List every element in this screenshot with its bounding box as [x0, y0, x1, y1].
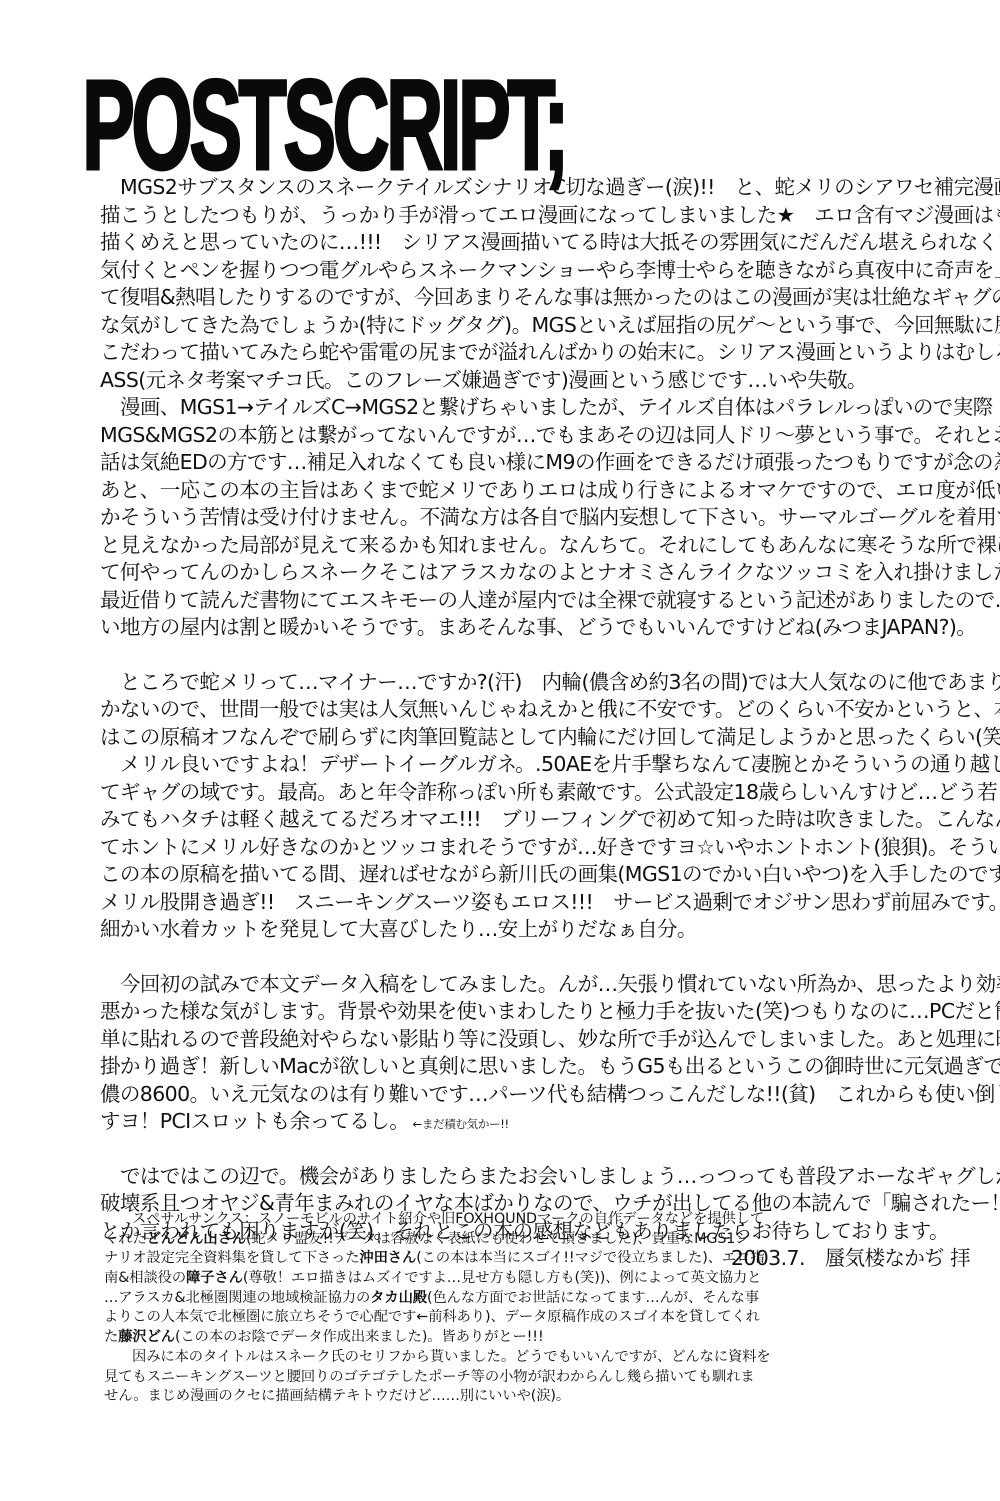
postscript-body: MGS2サブスタンスのスネークテイルズシナリオC切な過ぎー(涙)!! と、蛇メリ… — [100, 174, 980, 1273]
thanks-line: スペサルサンクス：スノーモビルのサイト紹介や旧FOXHOUNDマークの自作データ… — [104, 1210, 884, 1230]
line-text: 儂の8600。いえ元気なのは有り難いです…パーツ代も結構つっこんだしな!!(貧)… — [100, 1082, 1000, 1106]
line-text: 南&相談役の — [104, 1270, 186, 1286]
line-text: みてもハタチは軽く越えてるだろオマエ!!! ブリーフィングで初めて知った時は吹き… — [100, 807, 1000, 831]
line-text: (蛇メリ盟友!!データは容赦なく表紙にも使わせて頂きました)、貴重なMGS1シ — [246, 1231, 750, 1247]
text-line: な気がしてきた為でしょうか(特にドッグタグ)。MGSといえば屈指の尻ゲ～という事… — [100, 312, 980, 340]
line-text: (尊敬！エロ描きはムズイですよ…見せ方も隠し方も(笑))、例によって英文協力と — [243, 1270, 762, 1286]
line-text: あと、一応この本の主旨はあくまで蛇メリでありエロは成り行きによるオマケですので、… — [100, 478, 1000, 502]
line-text: かないので、世間一般では実は人気無いんじゃねえかと俄に不安です。どのくらい不安か… — [100, 697, 1000, 721]
text-line: て何やってんのかしらスネークそこはアラスカなのよとナオミさんライクなツッコミを入… — [100, 559, 980, 587]
thanks-line: せん。まじめ漫画のクセに描画結構テキトウだけど……別にいいや(涙)。 — [104, 1387, 884, 1407]
line-text: 描こうとしたつもりが、うっかり手が滑ってエロ漫画になってしまいました★ エロ含有… — [100, 203, 1000, 227]
thanks-line: 南&相談役の障子さん(尊敬！エロ描きはムズイですよ…見せ方も隠し方も(笑))、例… — [104, 1269, 884, 1289]
text-line: メリル良いですよね！デザートイーグルガネ。.50AEを片手撃ちなんて凄腕とかそう… — [100, 751, 980, 779]
paragraph: MGS2サブスタンスのスネークテイルズシナリオC切な過ぎー(涙)!! と、蛇メリ… — [100, 174, 980, 394]
thanked-name: 沖田さん — [359, 1250, 416, 1266]
thanked-name: 障子さん — [186, 1270, 243, 1286]
line-text: た — [104, 1329, 118, 1345]
text-line: 最近借りて読んだ書物にてエスキモーの人達が屋内では全裸で就寝するという記述があり… — [100, 587, 980, 615]
paragraph: ところで蛇メリって…マイナー…ですか?(汗) 内輪(儂含め約3名の間)では大人気… — [100, 669, 980, 752]
text-line: はこの原稿オフなんぞで刷らずに肉筆回覧誌として内輪にだけ回して満足しようかと思っ… — [100, 724, 980, 752]
text-line: 儂の8600。いえ元気なのは有り難いです…パーツ代も結構つっこんだしな!!(貧)… — [100, 1081, 980, 1109]
text-line: MGS2サブスタンスのスネークテイルズシナリオC切な過ぎー(涙)!! と、蛇メリ… — [100, 174, 980, 202]
line-text: ASS(元ネタ考案マチコ氏。このフレーズ嫌過ぎです)漫画という感じです…いや失敬… — [100, 368, 867, 392]
text-line: メリル股開き過ぎ!! スニーキングスーツ姿もエロス!!! サービス過剰でオジサン… — [100, 889, 980, 917]
line-text: くれた — [104, 1231, 147, 1247]
thanked-name: 藤沢どん — [118, 1329, 175, 1345]
text-line: 描くめえと思っていたのに…!!! シリアス漫画描いてる時は大抵その雰囲気にだんだ… — [100, 229, 980, 257]
text-line: すヨ！PCIスロットも余ってるし。 ←まだ積む気かー!! — [100, 1108, 980, 1136]
line-text: 見てもスニーキングスーツと腰回りのゴテゴテしたポーチ等の小物が訳わからんし幾ら描… — [104, 1369, 755, 1385]
paragraph: 今回初の試みで本文データ入稿をしてみました。んが…矢張り慣れていない所為か、思っ… — [100, 971, 980, 1136]
thanked-name: どんどん山さん — [147, 1231, 246, 1247]
text-line: この本の原稿を描いてる間、遅ればせながら新川氏の画集(MGS1のでかい白いやつ)… — [100, 861, 980, 889]
line-text: 最近借りて読んだ書物にてエスキモーの人達が屋内では全裸で就寝するという記述があり… — [100, 588, 1000, 612]
line-text: メリル股開き過ぎ!! スニーキングスーツ姿もエロス!!! サービス過剰でオジサン… — [100, 890, 1000, 914]
text-line: MGS&MGS2の本筋とは繋がってないんですが…でもまあその辺は同人ドリ～夢とい… — [100, 422, 980, 450]
thanks-line: くれたどんどん山さん(蛇メリ盟友!!データは容赦なく表紙にも使わせて頂きました)… — [104, 1230, 884, 1250]
text-line: こだわって描いてみたら蛇や雷電の尻までが溢れんばかりの始末に。シリアス漫画という… — [100, 339, 980, 367]
text-line: かないので、世間一般では実は人気無いんじゃねえかと俄に不安です。どのくらい不安か… — [100, 696, 980, 724]
thanks-line: 因みに本のタイトルはスネーク氏のセリフから貰いました。どうでもいいんですが、どん… — [104, 1348, 884, 1368]
line-text: な気がしてきた為でしょうか(特にドッグタグ)。MGSといえば屈指の尻ゲ～という事… — [100, 313, 1000, 337]
special-thanks: スペサルサンクス：スノーモビルのサイト紹介や旧FOXHOUNDマークの自作データ… — [104, 1210, 884, 1407]
line-text: 今回初の試みで本文データ入稿をしてみました。んが…矢張り慣れていない所為か、思っ… — [120, 972, 1000, 996]
thanked-name: タカ山殿 — [370, 1290, 427, 1306]
thanks-line: よりこの人本気で北極圏に旅立ちそうで心配です←前科あり)、データ原稿作成のスゴイ… — [104, 1308, 884, 1328]
paragraph: メリル良いですよね！デザートイーグルガネ。.50AEを片手撃ちなんて凄腕とかそう… — [100, 751, 980, 944]
line-text: 細かい水着カットを発見して大喜びしたり…安上がりだなぁ自分。 — [100, 917, 697, 941]
thanks-line: …アラスカ&北極圏関連の地域検証協力のタカ山殿(色んな方面でお世話になってます…… — [104, 1289, 884, 1309]
text-line: ASS(元ネタ考案マチコ氏。このフレーズ嫌過ぎです)漫画という感じです…いや失敬… — [100, 367, 980, 395]
line-text: スペサルサンクス：スノーモビルのサイト紹介や旧FOXHOUNDマークの自作データ… — [132, 1211, 764, 1227]
line-text: 因みに本のタイトルはスネーク氏のセリフから貰いました。どうでもいいんですが、どん… — [132, 1349, 771, 1365]
text-line: てホントにメリル好きなのかとツッコまれそうですが…好きですヨ☆いやホントホント(… — [100, 834, 980, 862]
line-text: …アラスカ&北極圏関連の地域検証協力の — [104, 1290, 370, 1306]
text-line: ところで蛇メリって…マイナー…ですか?(汗) 内輪(儂含め約3名の間)では大人気… — [100, 669, 980, 697]
line-text: よりこの人本気で北極圏に旅立ちそうで心配です←前科あり)、データ原稿作成のスゴイ… — [104, 1309, 760, 1325]
text-line: 細かい水着カットを発見して大喜びしたり…安上がりだなぁ自分。 — [100, 916, 980, 944]
line-text: はこの原稿オフなんぞで刷らずに肉筆回覧誌として内輪にだけ回して満足しようかと思っ… — [100, 725, 1000, 749]
line-text: て復唱&熱唱したりするのですが、今回あまりそんな事は無かったのはこの漫画が実は壮… — [100, 285, 1000, 309]
line-text: 悪かった様な気がします。背景や効果を使いまわしたりと極力手を抜いた(笑)つもりな… — [100, 999, 1000, 1023]
text-line: ではではこの辺で。機会がありましたらまたお会いしましょう…っつっても普段アホーな… — [100, 1163, 980, 1191]
text-line: 描こうとしたつもりが、うっかり手が滑ってエロ漫画になってしまいました★ エロ含有… — [100, 202, 980, 230]
line-text: 気付くとペンを握りつつ電グルやらスネークマンショーやら李博士やらを聴きながら真夜… — [100, 258, 1000, 282]
text-line: みてもハタチは軽く越えてるだろオマエ!!! ブリーフィングで初めて知った時は吹き… — [100, 806, 980, 834]
text-line: 掛かり過ぎ！新しいMacが欲しいと真剣に思いました。もうG5も出るというこの御時… — [100, 1053, 980, 1081]
text-line: い地方の屋内は割と暖かいそうです。まあそんな事、どうでもいいんですけどね(みつま… — [100, 614, 980, 642]
line-text: 漫画、MGS1→テイルズC→MGS2と繋げちゃいましたが、テイルズ自体はパラレル… — [120, 395, 993, 419]
line-text: かそういう苦情は受け付けません。不満な方は各自で脳内妄想して下さい。サーマルゴー… — [100, 505, 1000, 529]
line-text: てギャグの域です。最高。あと年令詐称っぽい所も素敵です。公式設定18歳らしいんす… — [100, 780, 1000, 804]
text-line: 単に貼れるので普段絶対やらない影貼り等に没頭し、妙な所で手が込んでしまいました。… — [100, 1026, 980, 1054]
line-text: て何やってんのかしらスネークそこはアラスカなのよとナオミさんライクなツッコミを入… — [100, 560, 1000, 584]
text-line: 漫画、MGS1→テイルズC→MGS2と繋げちゃいましたが、テイルズ自体はパラレル… — [100, 394, 980, 422]
thanks-line: ナリオ設定完全資料集を貸して下さった沖田さん(この本は本当にスゴイ!!マジで役立… — [104, 1249, 884, 1269]
text-line: 悪かった様な気がします。背景や効果を使いまわしたりと極力手を抜いた(笑)つもりな… — [100, 998, 980, 1026]
line-text: すヨ！PCIスロットも余ってるし。 — [100, 1109, 409, 1133]
line-text: 描くめえと思っていたのに…!!! シリアス漫画描いてる時は大抵その雰囲気にだんだ… — [100, 230, 1000, 254]
line-text: メリル良いですよね！デザートイーグルガネ。.50AEを片手撃ちなんて凄腕とかそう… — [120, 752, 1000, 776]
line-text: い地方の屋内は割と暖かいそうです。まあそんな事、どうでもいいんですけどね(みつま… — [100, 615, 976, 639]
line-text: 掛かり過ぎ！新しいMacが欲しいと真剣に思いました。もうG5も出るというこの御時… — [100, 1054, 1000, 1078]
line-text: MGS2サブスタンスのスネークテイルズシナリオC切な過ぎー(涙)!! と、蛇メリ… — [120, 175, 1000, 199]
page-title: POSTSCRIPT; — [82, 76, 566, 176]
text-line: 気付くとペンを握りつつ電グルやらスネークマンショーやら李博士やらを聴きながら真夜… — [100, 257, 980, 285]
text-line: て復唱&熱唱したりするのですが、今回あまりそんな事は無かったのはこの漫画が実は壮… — [100, 284, 980, 312]
text-line: あと、一応この本の主旨はあくまで蛇メリでありエロは成り行きによるオマケですので、… — [100, 477, 980, 505]
line-text: 話は気絶EDの方です…補足入れなくても良い様にM9の作画をできるだけ頑張ったつも… — [100, 450, 1000, 474]
thanks-line: 見てもスニーキングスーツと腰回りのゴテゴテしたポーチ等の小物が訳わからんし幾ら描… — [104, 1368, 884, 1388]
text-line: てギャグの域です。最高。あと年令詐称っぽい所も素敵です。公式設定18歳らしいんす… — [100, 779, 980, 807]
text-line: 話は気絶EDの方です…補足入れなくても良い様にM9の作画をできるだけ頑張ったつも… — [100, 449, 980, 477]
line-text: ではではこの辺で。機会がありましたらまたお会いしましょう…っつっても普段アホーな… — [120, 1164, 1000, 1188]
line-text: と見えなかった局部が見えて来るかも知れません。なんちて。それにしてもあんなに寒そ… — [100, 533, 1000, 557]
paragraph: 漫画、MGS1→テイルズC→MGS2と繋げちゃいましたが、テイルズ自体はパラレル… — [100, 394, 980, 642]
thanks-line: た藤沢どん(この本のお陰でデータ作成出来ました)。皆ありがとー!!! — [104, 1328, 884, 1348]
line-text: てホントにメリル好きなのかとツッコまれそうですが…好きですヨ☆いやホントホント(… — [100, 835, 1000, 859]
aside-note: ←まだ積む気かー!! — [409, 1117, 509, 1131]
line-text: ところで蛇メリって…マイナー…ですか?(汗) 内輪(儂含め約3名の間)では大人気… — [120, 670, 1000, 694]
line-text: MGS&MGS2の本筋とは繋がってないんですが…でもまあその辺は同人ドリ～夢とい… — [100, 423, 1000, 447]
line-text: (この本のお陰でデータ作成出来ました)。皆ありがとー!!! — [175, 1329, 544, 1345]
line-text: ナリオ設定完全資料集を貸して下さった — [104, 1250, 359, 1266]
line-text: (この本は本当にスゴイ!!マジで役立ちました)、エロ指 — [416, 1250, 764, 1266]
text-line: かそういう苦情は受け付けません。不満な方は各自で脳内妄想して下さい。サーマルゴー… — [100, 504, 980, 532]
line-text: 単に貼れるので普段絶対やらない影貼り等に没頭し、妙な所で手が込んでしまいました。… — [100, 1027, 1000, 1051]
line-text: この本の原稿を描いてる間、遅ればせながら新川氏の画集(MGS1のでかい白いやつ)… — [100, 862, 1000, 886]
line-text: せん。まじめ漫画のクセに描画結構テキトウだけど……別にいいや(涙)。 — [104, 1388, 570, 1404]
text-line: 今回初の試みで本文データ入稿をしてみました。んが…矢張り慣れていない所為か、思っ… — [100, 971, 980, 999]
text-line: と見えなかった局部が見えて来るかも知れません。なんちて。それにしてもあんなに寒そ… — [100, 532, 980, 560]
line-text: (色んな方面でお世話になってます…んが、そんな事 — [427, 1290, 759, 1306]
line-text: こだわって描いてみたら蛇や雷電の尻までが溢れんばかりの始末に。シリアス漫画という… — [100, 340, 1000, 364]
